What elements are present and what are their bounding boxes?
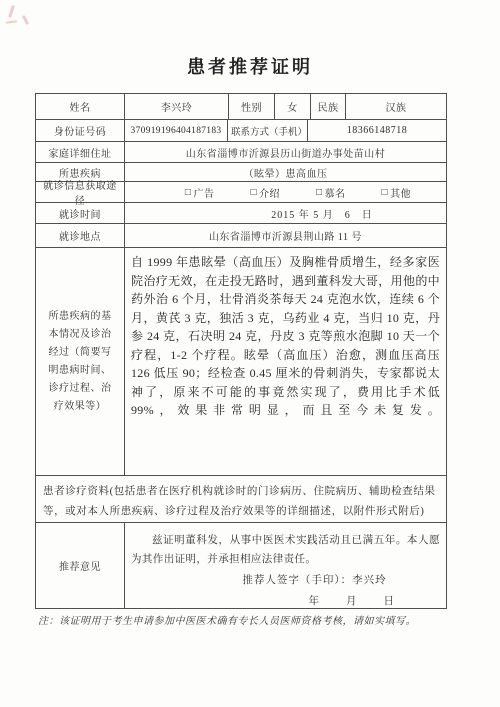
option-referral: □ 介绍	[250, 185, 280, 200]
ethnicity-label: 民族	[311, 94, 346, 119]
red-pen-mark	[6, 20, 17, 24]
address-label: 家庭详细住址	[36, 142, 125, 162]
certificate-form-table: 姓名 李兴玲 性别 女 民族 汉族 身份证号码 3709191964041871…	[35, 93, 447, 609]
scanned-document-page: 患者推荐证明 姓名 李兴玲 性别 女 民族 汉族 身份证号码 370919196…	[0, 0, 500, 707]
option-label: 慕名	[325, 185, 346, 200]
option-label: 广告	[193, 185, 214, 200]
option-advert: □ 广告	[185, 185, 215, 200]
id-number-value: 370919196404187183	[125, 120, 228, 141]
ethnicity-value: 汉族	[346, 94, 446, 119]
contact-value: 18366148718	[308, 120, 446, 141]
row-materials: 患者诊疗资料(包括患者在医疗机构就诊时的门诊病历、住院病历、辅助检查结果等，或对…	[36, 476, 446, 523]
name-value: 李兴玲	[125, 94, 229, 119]
disease-value: （眩晕）患高血压	[125, 163, 446, 181]
info-source-options: □ 广告 □ 介绍 □ 慕名 □ 其他	[125, 182, 446, 202]
recommendation-text: 兹证明董科发，从事中医医术实践活动且已满五年。本人愿为其作出证明，并承担相应法律…	[131, 531, 440, 569]
option-reputation: □ 慕名	[316, 185, 346, 200]
row-name-gender-ethnicity: 姓名 李兴玲 性别 女 民族 汉族	[36, 94, 446, 120]
recommendation-label: 推荐意见	[36, 523, 125, 608]
row-address: 家庭详细住址 山东省淄博市沂源县历山街道办事处苗山村	[36, 142, 446, 163]
info-source-label: 就诊信息获取途径	[36, 182, 125, 202]
visit-time-label: 就诊时间	[36, 203, 125, 223]
gender-value: 女	[275, 94, 311, 119]
row-id-contact: 身份证号码 370919196404187183 联系方式（手机） 183661…	[36, 120, 446, 142]
materials-text: 患者诊疗资料(包括患者在医疗机构就诊时的门诊病历、住院病历、辅助检查结果等，或对…	[36, 476, 446, 522]
checkbox-icon: □	[382, 187, 389, 198]
row-condition: 所患疾病的基本情况及诊治经过（简要写明患病时间、诊疗过程、治疗效果等） 自 19…	[36, 248, 446, 476]
row-visit-time: 就诊时间 2015 年 5 月 6 日	[36, 203, 446, 224]
checkbox-icon: □	[250, 187, 257, 198]
row-info-source: 就诊信息获取途径 □ 广告 □ 介绍 □ 慕名 □ 其他	[36, 182, 446, 203]
row-recommendation: 推荐意见 兹证明董科发，从事中医医术实践活动且已满五年。本人愿为其作出证明，并承…	[36, 523, 446, 608]
condition-label: 所患疾病的基本情况及诊治经过（简要写明患病时间、诊疗过程、治疗效果等）	[36, 248, 125, 475]
row-visit-place: 就诊地点 山东省淄博市沂源县荆山路 11 号	[36, 224, 446, 248]
option-label: 其他	[390, 185, 411, 200]
date-line: 年 月 日	[131, 592, 440, 611]
option-label: 介绍	[259, 185, 280, 200]
option-other: □ 其他	[382, 185, 412, 200]
document-title: 患者推荐证明	[0, 53, 500, 79]
visit-time-value: 2015 年 5 月 6 日	[125, 203, 446, 223]
id-number-label: 身份证号码	[36, 120, 125, 141]
footnote: 注：该证明用于考生申请参加中医医术确有专长人员医师资格考核，请如实填写。	[38, 612, 468, 627]
recommendation-content: 兹证明董科发，从事中医医术实践活动且已满五年。本人愿为其作出证明，并承担相应法律…	[125, 523, 446, 608]
red-pen-mark	[22, 15, 29, 25]
name-label: 姓名	[36, 94, 125, 119]
visit-place-label: 就诊地点	[36, 224, 125, 247]
gender-label: 性别	[229, 94, 275, 119]
visit-place-value: 山东省淄博市沂源县荆山路 11 号	[125, 224, 446, 247]
address-value: 山东省淄博市沂源县历山街道办事处苗山村	[125, 142, 446, 162]
condition-text: 自 1999 年患眩晕（高血压）及胸椎骨质增生，经多家医院治疗无效，在走投无路时…	[125, 248, 446, 475]
checkbox-icon: □	[316, 187, 323, 198]
signature-line: 推荐人签字（手印）：李兴玲	[131, 571, 440, 590]
contact-label: 联系方式（手机）	[228, 120, 308, 141]
red-pen-mark	[8, 5, 15, 18]
checkbox-icon: □	[185, 187, 192, 198]
